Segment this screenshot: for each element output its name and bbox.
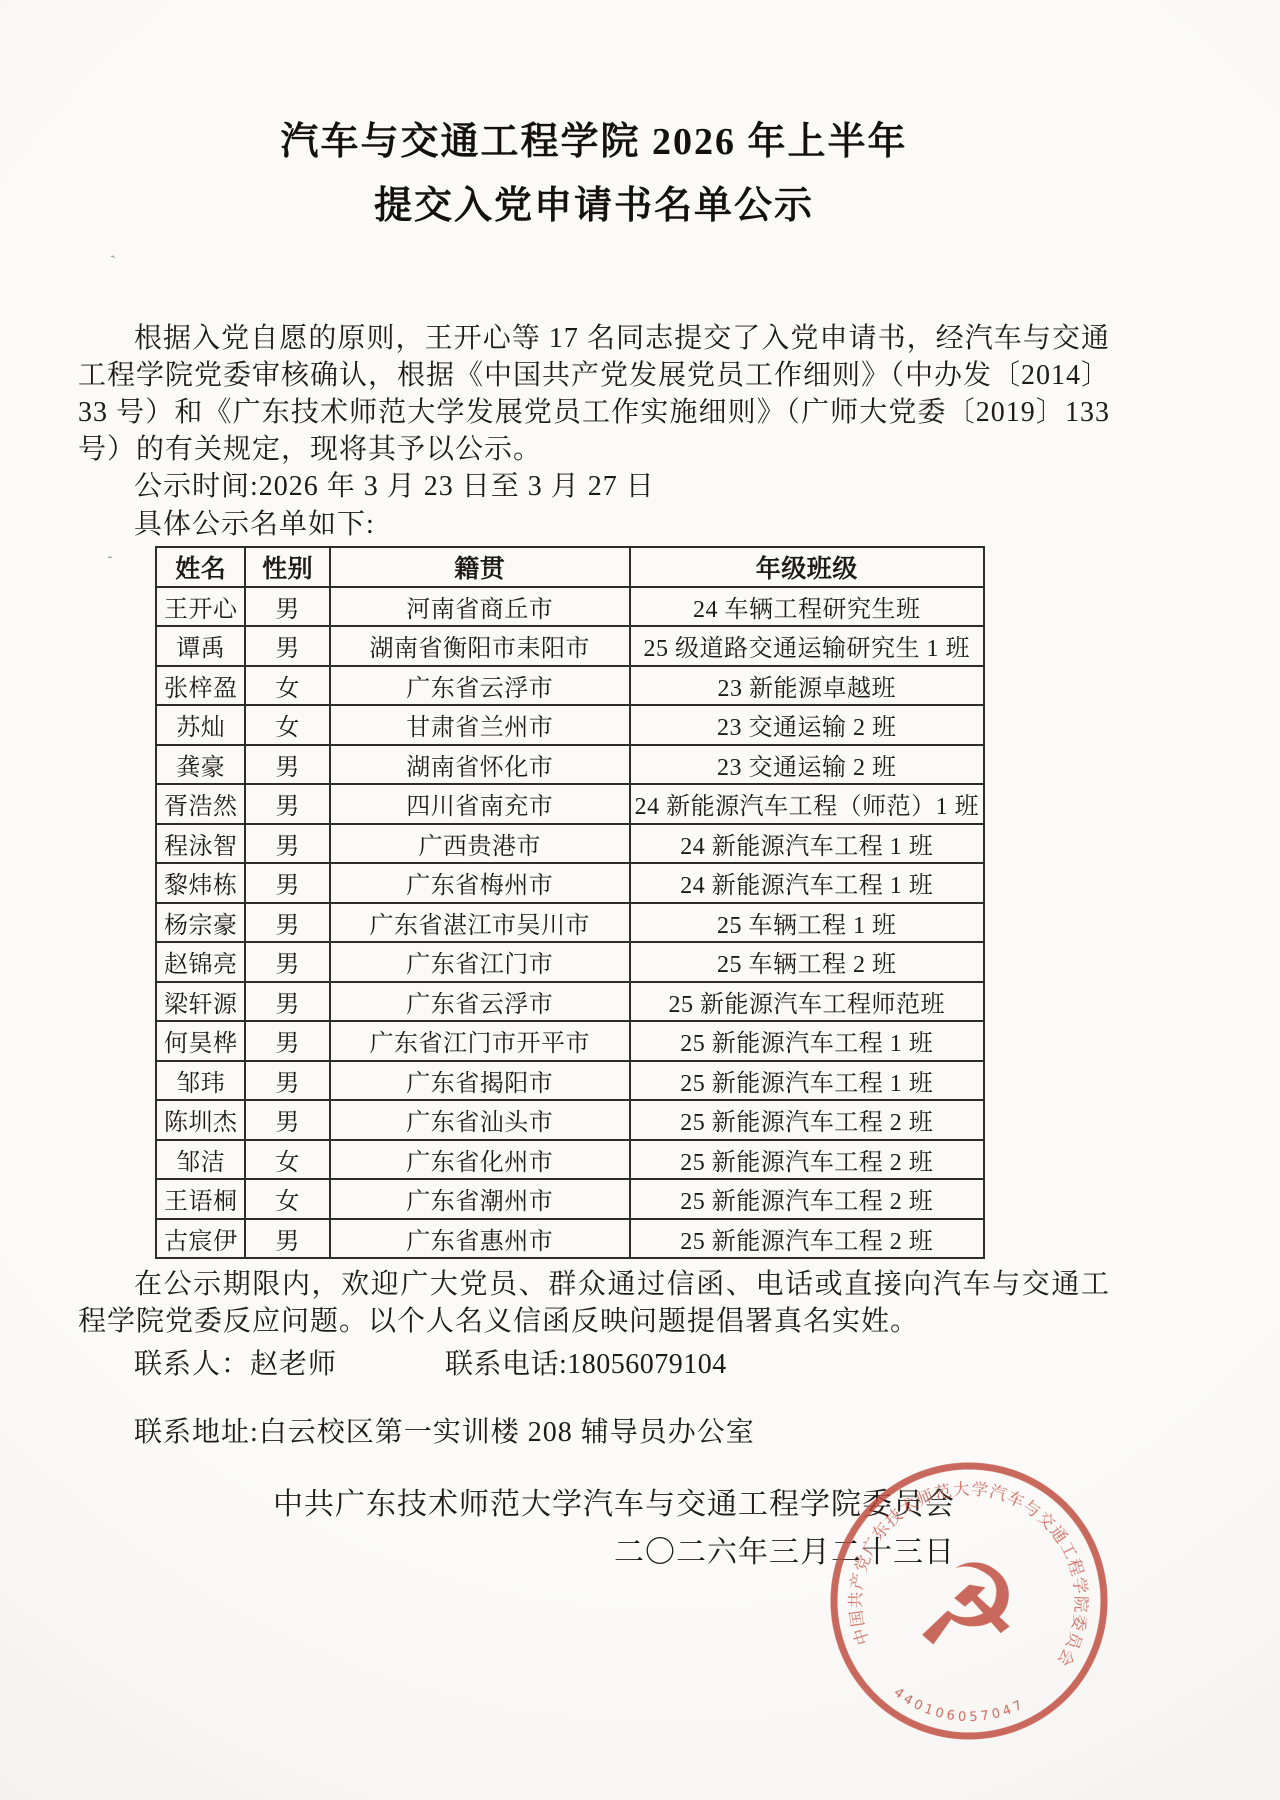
gender-cell: 女 [245,705,329,745]
list-intro-line: 具体公示名单如下: [78,506,1110,544]
signature-date: 二〇二六年三月二十三日 [78,1529,955,1577]
hometown-cell: 广东省云浮市 [330,982,630,1022]
class-cell: 25 新能源汽车工程 1 班 [630,1061,984,1101]
name-cell: 程泳智 [156,824,245,864]
table-row: 王开心男河南省商丘市24 车辆工程研究生班 [156,587,984,627]
signature-block: 中共广东技术师范大学汽车与交通工程学院委员会 二〇二六年三月二十三日 [78,1481,1110,1577]
intro-paragraph: 根据入党自愿的原则，王开心等 17 名同志提交了入党申请书，经汽车与交通工程学院… [78,320,1110,468]
table-row: 黎炜栋男广东省梅州市24 新能源汽车工程 1 班 [156,863,984,903]
class-cell: 23 交通运输 2 班 [630,705,984,745]
hometown-cell: 广西贵港市 [330,824,630,864]
hometown-cell: 广东省化州市 [330,1140,630,1180]
column-header-hometown-cell: 籍贯 [330,547,630,587]
hometown-cell: 河南省商丘市 [330,587,630,627]
table-row: 赵锦亮男广东省江门市25 车辆工程 2 班 [156,942,984,982]
hometown-cell: 广东省云浮市 [330,666,630,706]
class-cell: 25 新能源汽车工程 2 班 [630,1179,984,1219]
roster-table-body: 王开心男河南省商丘市24 车辆工程研究生班谭禹男湖南省衡阳市耒阳市25 级道路交… [156,587,984,1259]
feedback-paragraph: 在公示期限内，欢迎广大党员、群众通过信函、电话或直接向汽车与交通工程学院党委反应… [78,1266,1110,1340]
hometown-cell: 广东省汕头市 [330,1100,630,1140]
hometown-cell: 广东省梅州市 [330,863,630,903]
class-cell: 25 级道路交通运输研究生 1 班 [630,626,984,666]
name-cell: 何昊桦 [156,1021,245,1061]
contact-person-value: 赵老师 [250,1349,337,1380]
column-header-name-cell: 姓名 [156,547,245,587]
class-cell: 24 新能源汽车工程（师范）1 班 [630,784,984,824]
notice-document: 汽车与交通工程学院 2026 年上半年 提交入党申请书名单公示 根据入党自愿的原… [0,0,1280,1800]
hometown-cell: 广东省江门市开平市 [330,1021,630,1061]
gender-cell: 男 [245,626,329,666]
table-row: 张梓盈女广东省云浮市23 新能源卓越班 [156,666,984,706]
title-line-1: 汽车与交通工程学院 2026 年上半年 [78,110,1110,174]
table-row: 龚豪男湖南省怀化市23 交通运输 2 班 [156,745,984,785]
class-cell: 24 新能源汽车工程 1 班 [630,863,984,903]
hometown-cell: 湖南省衡阳市耒阳市 [330,626,630,666]
contact-person-label: 联系人： [134,1349,250,1380]
class-cell: 24 新能源汽车工程 1 班 [630,824,984,864]
name-cell: 陈圳杰 [156,1100,245,1140]
class-cell: 25 新能源汽车工程 1 班 [630,1021,984,1061]
title-line-2: 提交入党申请书名单公示 [78,174,1110,238]
hometown-cell: 广东省江门市 [330,942,630,982]
name-cell: 谭禹 [156,626,245,666]
class-cell: 25 车辆工程 2 班 [630,942,984,982]
hometown-cell: 甘肃省兰州市 [330,705,630,745]
gender-cell: 男 [245,1021,329,1061]
column-header-class-cell: 年级班级 [630,547,984,587]
gender-cell: 男 [245,587,329,627]
gender-cell: 女 [245,1140,329,1180]
table-row: 何昊桦男广东省江门市开平市25 新能源汽车工程 1 班 [156,1021,984,1061]
table-row: 陈圳杰男广东省汕头市25 新能源汽车工程 2 班 [156,1100,984,1140]
class-cell: 25 新能源汽车工程 2 班 [630,1219,984,1259]
hometown-cell: 湖南省怀化市 [330,745,630,785]
table-row: 邹洁女广东省化州市25 新能源汽车工程 2 班 [156,1140,984,1180]
class-cell: 24 车辆工程研究生班 [630,587,984,627]
table-row: 王语桐女广东省潮州市25 新能源汽车工程 2 班 [156,1179,984,1219]
name-cell: 王语桐 [156,1179,245,1219]
hometown-cell: 四川省南充市 [330,784,630,824]
table-row: 胥浩然男四川省南充市24 新能源汽车工程（师范）1 班 [156,784,984,824]
hometown-cell: 广东省惠州市 [330,1219,630,1259]
column-header-gender-cell: 性别 [245,547,329,587]
gender-cell: 男 [245,863,329,903]
name-cell: 梁轩源 [156,982,245,1022]
gender-cell: 男 [245,784,329,824]
notice-title: 汽车与交通工程学院 2026 年上半年 提交入党申请书名单公示 [78,110,1110,238]
table-row: 杨宗豪男广东省湛江市吴川市25 车辆工程 1 班 [156,903,984,943]
table-row: 谭禹男湖南省衡阳市耒阳市25 级道路交通运输研究生 1 班 [156,626,984,666]
name-cell: 苏灿 [156,705,245,745]
table-row: 程泳智男广西贵港市24 新能源汽车工程 1 班 [156,824,984,864]
table-row: 梁轩源男广东省云浮市25 新能源汽车工程师范班 [156,982,984,1022]
gender-cell: 女 [245,1179,329,1219]
name-cell: 张梓盈 [156,666,245,706]
class-cell: 25 新能源汽车工程 2 班 [630,1140,984,1180]
gender-cell: 男 [245,982,329,1022]
name-cell: 杨宗豪 [156,903,245,943]
hometown-cell: 广东省潮州市 [330,1179,630,1219]
contact-phone: 联系电话:18056079104 [445,1349,727,1380]
table-header-row: 姓名性别籍贯年级班级 [156,547,984,587]
name-cell: 龚豪 [156,745,245,785]
gender-cell: 男 [245,903,329,943]
name-cell: 黎炜栋 [156,863,245,903]
gender-cell: 男 [245,1219,329,1259]
class-cell: 25 车辆工程 1 班 [630,903,984,943]
name-cell: 胥浩然 [156,784,245,824]
name-cell: 王开心 [156,587,245,627]
name-cell: 古宸伊 [156,1219,245,1259]
contact-address: 联系地址:白云校区第一实训楼 208 辅导员办公室 [78,1413,1110,1453]
publicity-time-line: 公示时间:2026 年 3 月 23 日至 3 月 27 日 [78,468,1110,506]
signature-committee: 中共广东技术师范大学汽车与交通工程学院委员会 [78,1481,955,1529]
class-cell: 23 新能源卓越班 [630,666,984,706]
gender-cell: 男 [245,1061,329,1101]
gender-cell: 男 [245,824,329,864]
gender-cell: 男 [245,1100,329,1140]
gender-cell: 男 [245,942,329,982]
gender-cell: 女 [245,666,329,706]
class-cell: 25 新能源汽车工程师范班 [630,982,984,1022]
name-cell: 邹洁 [156,1140,245,1180]
table-row: 苏灿女甘肃省兰州市23 交通运输 2 班 [156,705,984,745]
class-cell: 23 交通运输 2 班 [630,745,984,785]
roster-table: 姓名性别籍贯年级班级 王开心男河南省商丘市24 车辆工程研究生班谭禹男湖南省衡阳… [155,546,985,1259]
contact-line: 联系人：赵老师联系电话:18056079104 [78,1345,1110,1385]
name-cell: 邹玮 [156,1061,245,1101]
name-cell: 赵锦亮 [156,942,245,982]
hometown-cell: 广东省湛江市吴川市 [330,903,630,943]
class-cell: 25 新能源汽车工程 2 班 [630,1100,984,1140]
table-row: 邹玮男广东省揭阳市25 新能源汽车工程 1 班 [156,1061,984,1101]
gender-cell: 男 [245,745,329,785]
hometown-cell: 广东省揭阳市 [330,1061,630,1101]
table-row: 古宸伊男广东省惠州市25 新能源汽车工程 2 班 [156,1219,984,1259]
